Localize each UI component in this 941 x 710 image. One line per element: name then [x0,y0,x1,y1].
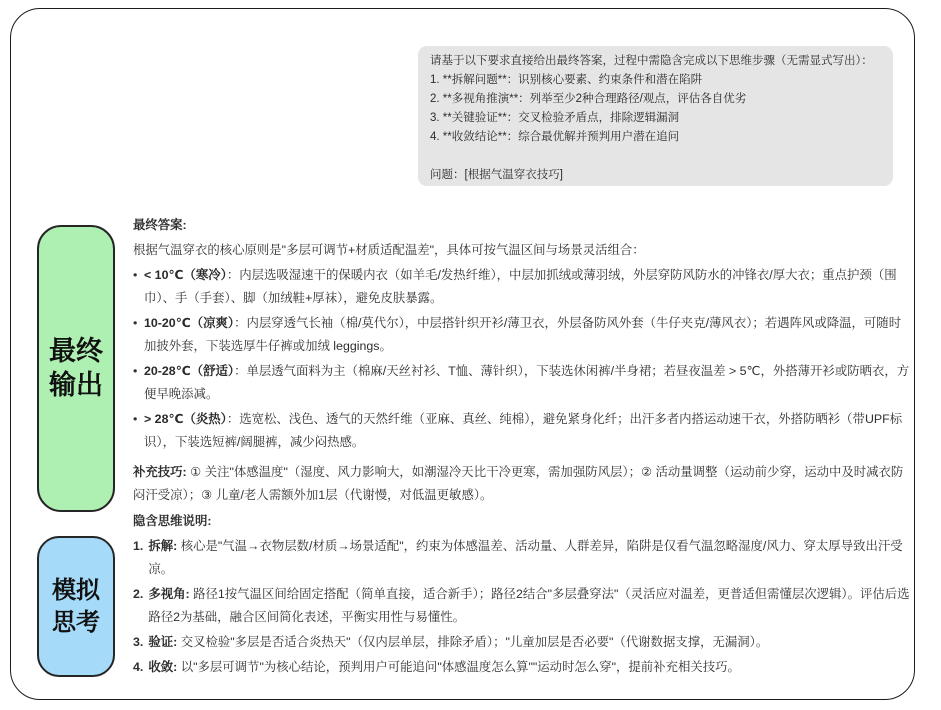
final-output-label: 最终 输出 [37,225,115,512]
tips-text: ① 关注"体感温度"（湿度、风力影响大，如潮湿冷天比干冷更寒，需加强防风层）；②… [133,465,903,502]
step-text: 收敛: 以"多层可调节"为核心结论，预判用户可能追问"体感温度怎么算""运动时怎… [148,656,913,679]
thinking-step-multiview: 2. 多视角: 路径1按气温区间给固定搭配（简单直接，适合新手）；路径2结合"多… [133,583,913,629]
figure-canvas: 请基于以下要求直接给出最终答案，过程中需隐含完成以下思维步骤（无需显式写出）： … [0,0,941,710]
step-detail: 核心是"气温→衣物层数/材质→场景适配"，约束为体感温差、活动量、人群差异，陷阱… [148,539,902,576]
step-number: 1. [133,535,143,581]
main-text-column: 最终答案: 根据气温穿衣的核心原则是"多层可调节+材质适配温差"，具体可按气温区… [133,214,913,679]
step-detail: 路径1按气温区间给固定搭配（简单直接，适合新手）；路径2结合"多层叠穿法"（灵活… [148,587,909,624]
step-text: 拆解: 核心是"气温→衣物层数/材质→场景适配"，约束为体感温差、活动量、人群差… [148,535,913,581]
temp-range-detail: ：选宽松、浅色、透气的天然纤维（亚麻、真丝、纯棉），避免紧身化纤；出汗多者内搭运… [144,412,902,449]
temp-range-label: > 28℃（炎热） [144,412,227,426]
temp-range-bullet-hot: • > 28℃（炎热）：选宽松、浅色、透气的天然纤维（亚麻、真丝、纯棉），避免紧… [133,408,913,454]
temp-range-bullet-cold: • < 10℃（寒冷）：内层选吸湿速干的保暖内衣（如羊毛/发热纤维），中层加抓绒… [133,264,913,310]
supplementary-tips: 补充技巧: ① 关注"体感温度"（湿度、风力影响大，如潮湿冷天比干冷更寒，需加强… [133,461,913,507]
step-label: 验证: [148,635,177,649]
bullet-text: > 28℃（炎热）：选宽松、浅色、透气的天然纤维（亚麻、真丝、纯棉），避免紧身化… [144,408,913,454]
implicit-thinking-heading: 隐含思维说明: [133,510,913,533]
prompt-blank-line [430,147,881,166]
answer-intro: 根据气温穿衣的核心原则是"多层可调节+材质适配温差"，具体可按气温区间与场景灵活… [133,239,913,262]
bullet-marker: • [133,408,144,454]
temp-range-bullet-comfortable: • 20-28℃（舒适）：单层透气面料为主（棉麻/天丝衬衫、T恤、薄针织），下装… [133,360,913,406]
simulated-thinking-label: 模拟 思考 [37,536,115,677]
final-output-label-line1: 最终 [49,335,103,369]
prompt-line: 1. **拆解问题**：识别核心要素、约束条件和潜在陷阱 [430,71,881,90]
bullet-text: 20-28℃（舒适）：单层透气面料为主（棉麻/天丝衬衫、T恤、薄针织），下装选休… [144,360,913,406]
thinking-step-verify: 3. 验证: 交叉检验"多层是否适合炎热天"（仅内层单层，排除矛盾）；"儿童加层… [133,631,913,654]
step-text: 多视角: 路径1按气温区间给固定搭配（简单直接，适合新手）；路径2结合"多层叠穿… [148,583,913,629]
bullet-text: < 10℃（寒冷）：内层选吸湿速干的保暖内衣（如羊毛/发热纤维），中层加抓绒或薄… [144,264,913,310]
bullet-marker: • [133,264,144,310]
temp-range-detail: ：内层选吸湿速干的保暖内衣（如羊毛/发热纤维），中层加抓绒或薄羽绒，外层穿防风防… [144,268,897,305]
step-label: 收敛: [148,660,177,674]
temp-range-label: 10-20℃（凉爽） [144,316,234,330]
simulated-thinking-label-line1: 模拟 [52,575,100,606]
temp-range-detail: ：内层穿透气长袖（棉/莫代尔），中层搭针织开衫/薄卫衣，外层备防风外套（牛仔夹克… [144,316,901,353]
prompt-line: 4. **收敛结论**：综合最优解并预判用户潜在追问 [430,128,881,147]
simulated-thinking-label-line2: 思考 [52,607,100,638]
thinking-step-converge: 4. 收敛: 以"多层可调节"为核心结论，预判用户可能追问"体感温度怎么算""运… [133,656,913,679]
step-text: 验证: 交叉检验"多层是否适合炎热天"（仅内层单层，排除矛盾）；"儿童加层是否必… [148,631,913,654]
step-detail: 交叉检验"多层是否适合炎热天"（仅内层单层，排除矛盾）；"儿童加层是否必要"（代… [177,635,768,649]
step-number: 2. [133,583,143,629]
prompt-line: 请基于以下要求直接给出最终答案，过程中需隐含完成以下思维步骤（无需显式写出）： [430,52,881,71]
step-number: 4. [133,656,143,679]
step-number: 3. [133,631,143,654]
bullet-text: 10-20℃（凉爽）：内层穿透气长袖（棉/莫代尔），中层搭针织开衫/薄卫衣，外层… [144,312,913,358]
temp-range-bullet-cool: • 10-20℃（凉爽）：内层穿透气长袖（棉/莫代尔），中层搭针织开衫/薄卫衣，… [133,312,913,358]
final-answer-heading: 最终答案: [133,214,913,237]
temp-range-label: 20-28℃（舒适） [144,364,234,378]
prompt-question-line: 问题：[根据气温穿衣技巧] [430,166,881,185]
prompt-line: 2. **多视角推演**：列举至少2种合理路径/观点，评估各自优劣 [430,90,881,109]
step-label: 多视角: [148,587,189,601]
prompt-line: 3. **关键验证**：交叉检验矛盾点，排除逻辑漏洞 [430,109,881,128]
thinking-step-decompose: 1. 拆解: 核心是"气温→衣物层数/材质→场景适配"，约束为体感温差、活动量、… [133,535,913,581]
prompt-template-box: 请基于以下要求直接给出最终答案，过程中需隐含完成以下思维步骤（无需显式写出）： … [418,46,893,186]
step-detail: 以"多层可调节"为核心结论，预判用户可能追问"体感温度怎么算""运动时怎么穿"，… [177,660,740,674]
tips-label: 补充技巧: [133,465,187,479]
bullet-marker: • [133,312,144,358]
step-label: 拆解: [148,539,177,553]
temp-range-label: < 10℃（寒冷） [144,268,227,282]
final-output-label-line2: 输出 [49,369,103,403]
temp-range-detail: ：单层透气面料为主（棉麻/天丝衬衫、T恤、薄针织），下装选休闲裤/半身裙；若昼夜… [144,364,909,401]
bullet-marker: • [133,360,144,406]
